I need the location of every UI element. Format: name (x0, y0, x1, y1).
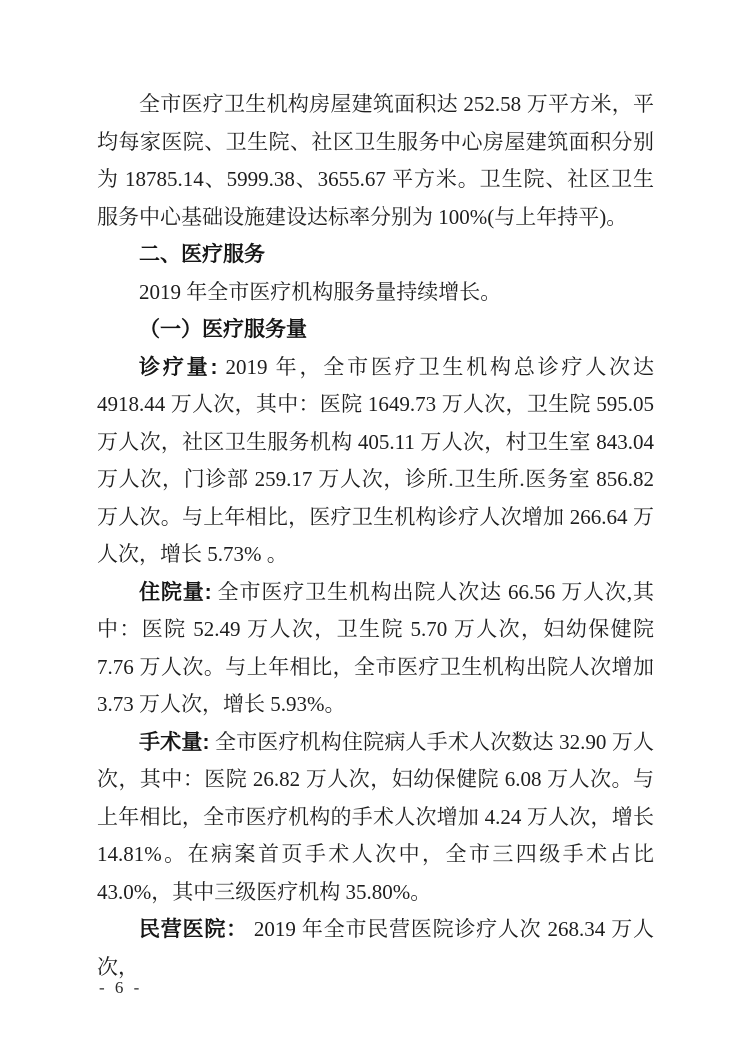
private-hospital-paragraph: 民营医院： 2019 年全市民营医院诊疗人次 268.34 万人次， (97, 911, 654, 986)
document-body: 全市医疗卫生机构房屋建筑面积达 252.58 万平方米，平均每家医院、卫生院、社… (97, 86, 654, 986)
paragraph-lead: 民营医院： (139, 918, 248, 941)
paragraph-lead: 手术量: (139, 731, 210, 754)
outpatient-visits-paragraph: 诊疗量: 2019 年，全市医疗卫生机构总诊疗人次达 4918.44 万人次，其… (97, 349, 654, 574)
paragraph-text: 全市医疗卫生机构房屋建筑面积达 252.58 万平方米，平均每家医院、卫生院、社… (97, 92, 654, 229)
paragraph-lead: 住院量: (139, 581, 212, 604)
inpatient-discharge-paragraph: 住院量: 全市医疗卫生机构出院人次达 66.56 万人次,其中：医院 52.49… (97, 574, 654, 724)
page-number: - 6 - (99, 976, 142, 1000)
service-growth-paragraph: 2019 年全市医疗机构服务量持续增长。 (97, 274, 654, 312)
paragraph-lead: 诊疗量: (139, 356, 217, 379)
paragraph-text: 2019 年，全市医疗卫生机构总诊疗人次达 4918.44 万人次，其中：医院 … (97, 355, 654, 567)
paragraph-text: 全市医疗机构住院病人手术人次数达 32.90 万人次，其中：医院 26.82 万… (97, 730, 654, 904)
surgery-volume-paragraph: 手术量: 全市医疗机构住院病人手术人次数达 32.90 万人次，其中：医院 26… (97, 724, 654, 912)
subsection-heading-service-volume: （一）医疗服务量 (97, 311, 654, 349)
section-heading-medical-service: 二、医疗服务 (97, 236, 654, 274)
document-page: 全市医疗卫生机构房屋建筑面积达 252.58 万平方米，平均每家医院、卫生院、社… (0, 0, 750, 1060)
building-area-paragraph: 全市医疗卫生机构房屋建筑面积达 252.58 万平方米，平均每家医院、卫生院、社… (97, 86, 654, 236)
paragraph-text: 2019 年全市医疗机构服务量持续增长。 (139, 280, 501, 304)
